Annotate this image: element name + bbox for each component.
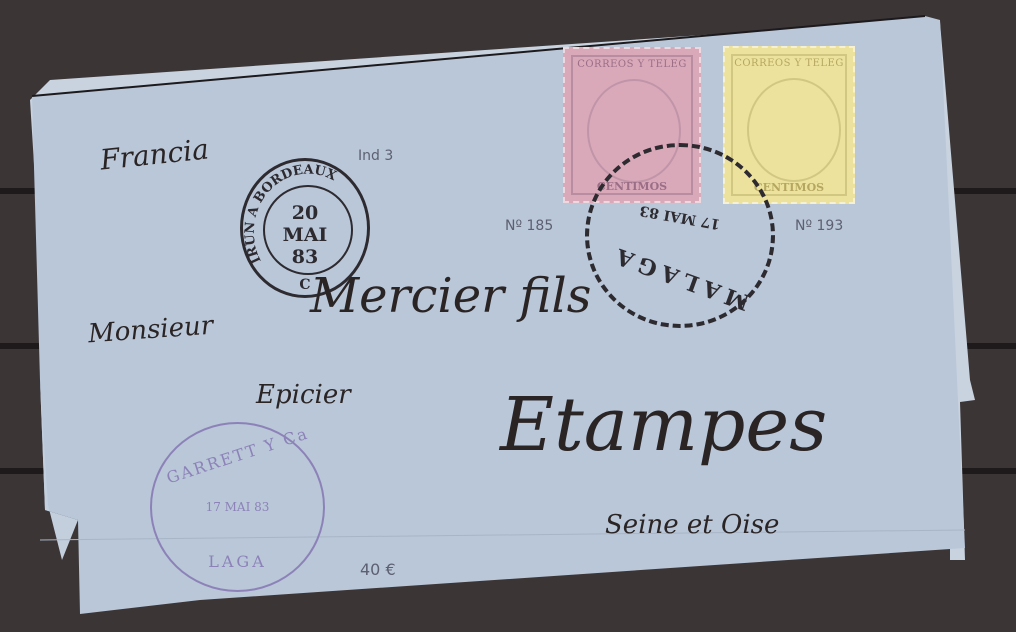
stamp-portrait <box>747 78 841 182</box>
postmark-month: MAI <box>243 225 367 245</box>
postmark-malaga: 17 MAI 83 MALAGA <box>585 143 775 328</box>
postmark-year: 83 <box>243 247 367 267</box>
pencil-note-price: 40 € <box>360 560 396 579</box>
pencil-note-ind: Ind 3 <box>358 148 393 164</box>
postmark-date: 17 MAI 83 <box>589 193 771 240</box>
stamp-top-text: CORREOS Y TELEG <box>733 58 845 69</box>
cachet-date: 17 MAI 83 <box>152 500 323 514</box>
cachet-garrett: GARRETT Y Ca 17 MAI 83 LAGA <box>150 422 325 592</box>
handwriting-department: Seine et Oise <box>605 510 779 540</box>
handwriting-occupation: Epicier <box>256 380 351 410</box>
stamp-top-text: CORREOS Y TELEG <box>573 59 691 70</box>
pencil-note-number-left: Nº 185 <box>505 218 553 234</box>
handwriting-name: Mercier fils <box>310 268 591 324</box>
handwriting-city: Etampes <box>500 382 827 468</box>
cachet-town: LAGA <box>152 552 323 571</box>
pencil-note-number-right: Nº 193 <box>795 218 843 234</box>
postmark-day: 20 <box>243 203 367 223</box>
